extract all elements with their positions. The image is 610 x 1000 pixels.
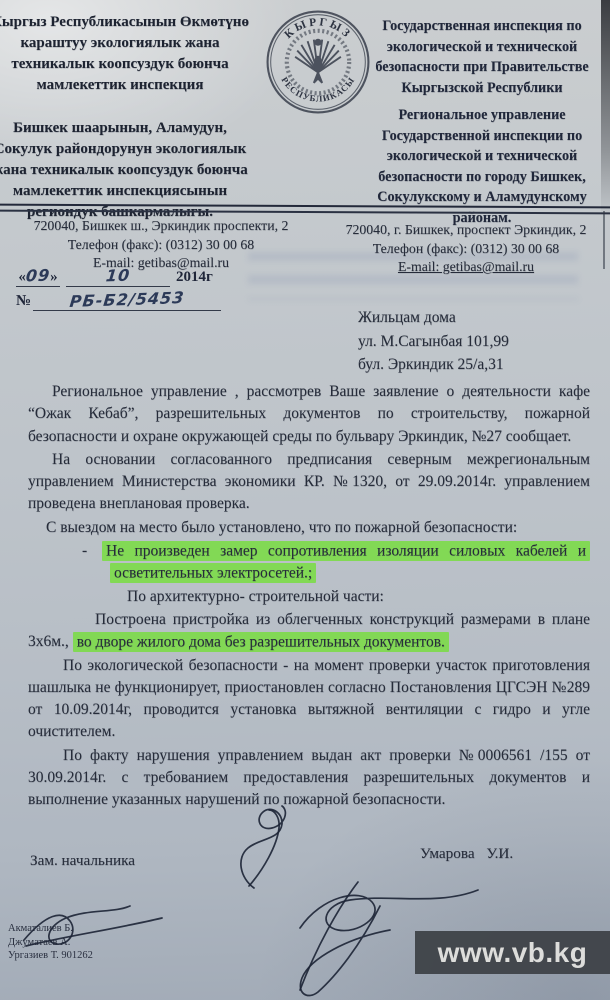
- recipient-line: Жильцам дома: [358, 306, 603, 330]
- address-line: Телефон (факс): (0312) 30 00 68: [332, 240, 600, 259]
- letterhead-kyrgyz-line: караштуу экологиялык жана: [0, 33, 256, 54]
- letterhead-russian-line: экологической и технической: [362, 146, 602, 167]
- letterhead-kyrgyz: Кыргыз Республикасынын Өкмөтүнө караштуу…: [0, 12, 256, 223]
- body-list-item-highlighted: -Не произведен замер сопротивления изоля…: [28, 540, 590, 585]
- date-day-field: «09»: [16, 266, 60, 287]
- letterhead-kyrgyz-line: Кыргыз Республикасынын Өкмөтүнө: [0, 12, 256, 33]
- letterhead-kyrgyz-line: мамлекеттик инспекциясынын: [0, 181, 256, 202]
- date-year: 2014г: [176, 269, 213, 285]
- address-block-kyrgyz: 720040, Бишкек ш., Эркиндик проспекти, 2…: [2, 217, 320, 273]
- date-month-field: 10: [66, 266, 170, 287]
- photo-edge: [601, 0, 610, 218]
- address-email: E-mail: getibas@mail.ru: [332, 258, 600, 277]
- handwritten-ref-number: РБ-Б2/5453: [69, 288, 186, 311]
- body-paragraph-architectural: По архитектурно- строительной части:: [28, 586, 590, 608]
- ref-number-field: РБ-Б2/5453: [33, 290, 221, 311]
- address-line: Телефон (факс): (0312) 30 00 68: [2, 236, 320, 255]
- body-paragraph-ecological: По экологической безопасности - на момен…: [28, 655, 590, 744]
- site-watermark: www.vb.kg: [415, 931, 610, 974]
- letterhead-kyrgyz-line: техникалык коопсуздук боюнча: [0, 54, 256, 75]
- recipient-line: бул. Эркиндик 25/а,31: [358, 353, 603, 377]
- body-paragraph-annex: Построена пристройка из облегченных конс…: [28, 609, 590, 654]
- letterhead-kyrgyz-line: Бишкек шаарынын, Аламудун,: [0, 118, 256, 139]
- letterhead-right-border: [603, 211, 605, 269]
- state-emblem-seal: КЫРГЫЗ РЕСПУБЛИКАСЫ: [266, 10, 370, 114]
- body-paragraph-fire-safety: С выездом на место было установлено, что…: [28, 517, 590, 539]
- letterhead-russian-line: безопасности при Правительстве: [362, 57, 602, 78]
- emblem-eagle: [295, 39, 341, 83]
- signatory-title: Зам. начальника: [30, 852, 135, 870]
- letterhead-russian-line: экологической и технической: [362, 37, 602, 58]
- letterhead-russian-line: Кыргызской Республики: [362, 78, 602, 99]
- highlighted-text-insulation: Не произведен замер сопротивления изоляц…: [102, 541, 590, 583]
- signatory-name: Умарова У.И.: [420, 845, 513, 863]
- document-photo: Кыргыз Республикасынын Өкмөтүнө караштуу…: [0, 0, 610, 1000]
- handwritten-day: 09: [25, 266, 51, 286]
- letterhead-russian-line: Государственная инспекция по: [362, 16, 602, 37]
- watermark-text: www.vb.kg: [438, 937, 588, 969]
- letterhead-kyrgyz-line: Сокулук райондорунун экологиялык: [0, 139, 256, 160]
- letterhead-russian-line: Государственной инспекции по: [362, 126, 602, 147]
- letterhead-russian-line: Региональное управление: [362, 105, 602, 126]
- letterhead-kyrgyz-line: мамлекеттик инспекция: [0, 75, 256, 96]
- address-line: 720040, Бишкек ш., Эркиндик проспекти, 2: [2, 217, 320, 236]
- letter-body: Региональное управление , рассмотрев Ваш…: [28, 381, 590, 813]
- letterhead-kyrgyz-line: жана техникалык коопсуздук боюнча: [0, 160, 256, 181]
- recipient-line: ул. М.Сагынбая 101,99: [358, 330, 603, 354]
- recipient-block: Жильцам дома ул. М.Сагынбая 101,99 бул. …: [358, 306, 603, 377]
- quote-close: »: [50, 269, 58, 285]
- letterhead-russian: Государственная инспекция по экологическ…: [362, 16, 602, 228]
- body-paragraph-intro: Региональное управление , рассмотрев Ваш…: [28, 381, 590, 448]
- body-paragraph-basis: На основании согласованного предписания …: [28, 449, 590, 516]
- highlighted-text-no-permits: во дворе жилого дома без разрешительных …: [73, 632, 449, 652]
- signature-scribble-left: [16, 888, 171, 960]
- letterhead-russian-line: безопасности по городу Бишкек,: [362, 167, 602, 188]
- list-dash-marker: -: [82, 540, 102, 562]
- ref-number-block: «09»102014г №РБ-Б2/5453: [16, 266, 276, 311]
- address-line: 720040, г. Бишкек, проспект Эркиндик, 2: [332, 221, 600, 240]
- body-paragraph-violation-act: По факту нарушения управлением выдан акт…: [28, 745, 590, 812]
- address-block-russian: 720040, г. Бишкек, проспект Эркиндик, 2 …: [332, 221, 600, 277]
- number-label: №: [16, 293, 31, 309]
- handwritten-month: 10: [105, 266, 131, 286]
